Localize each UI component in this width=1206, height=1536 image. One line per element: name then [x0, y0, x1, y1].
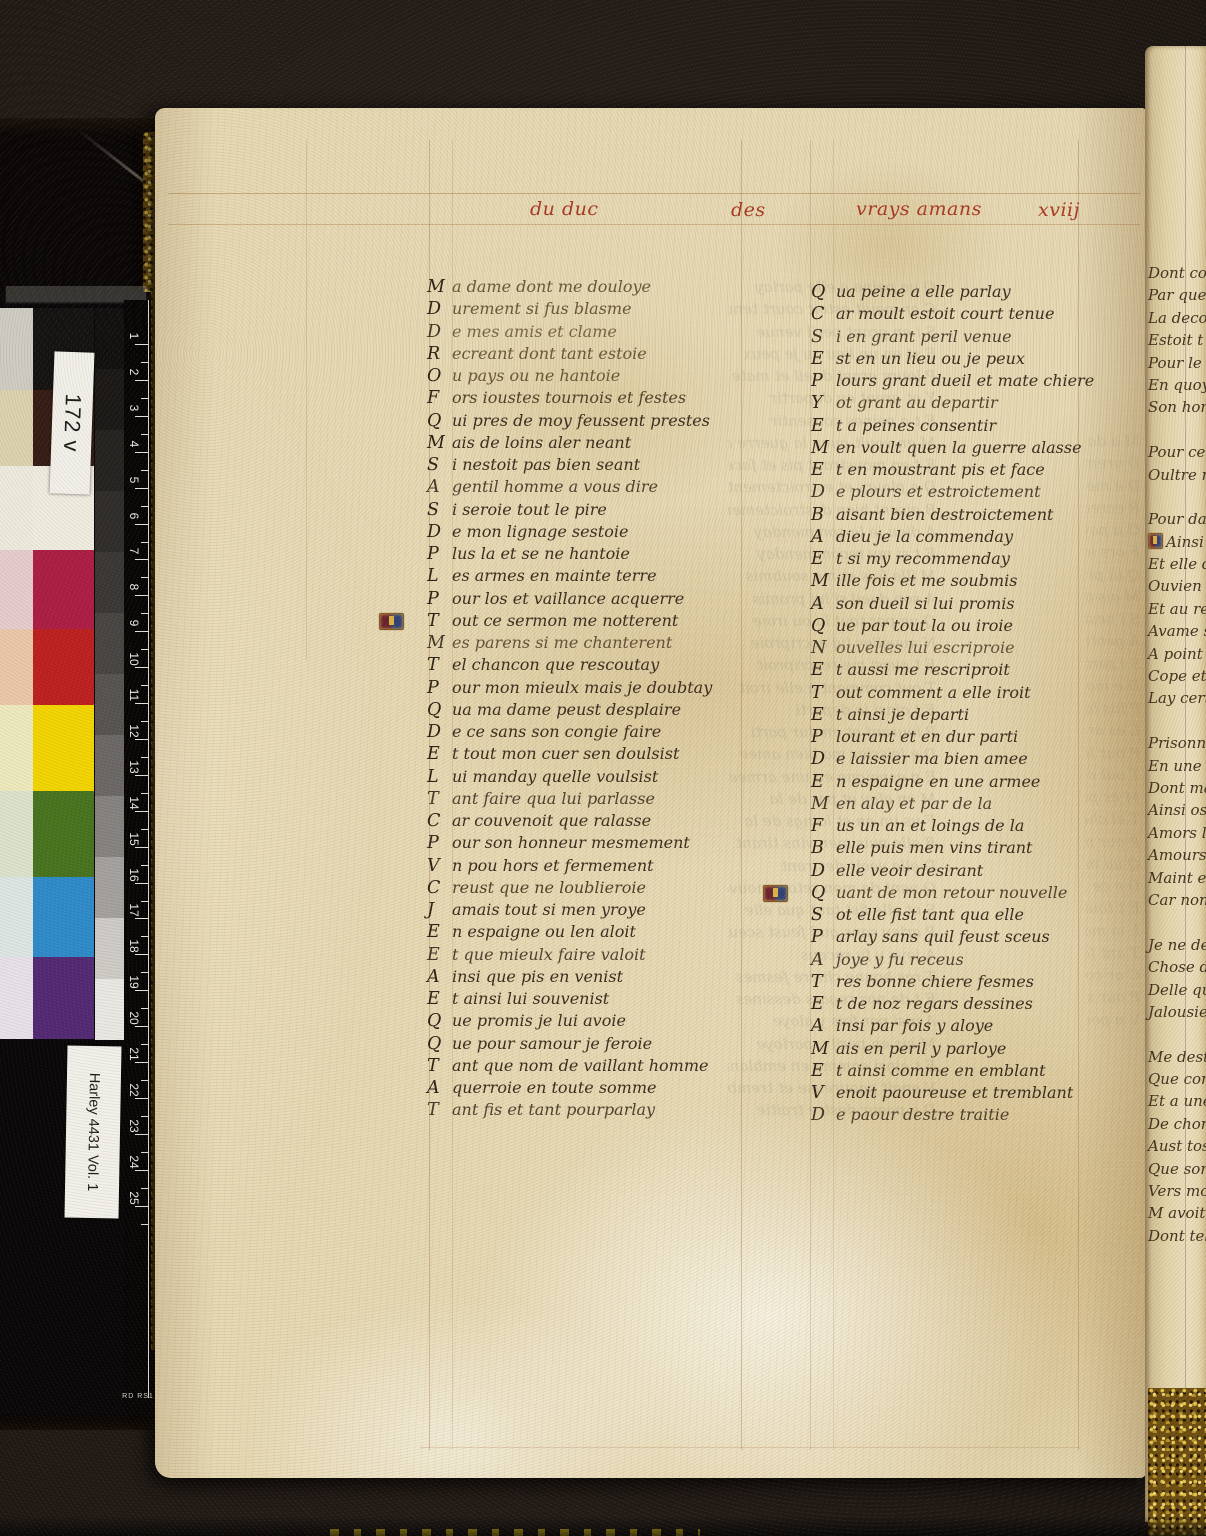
- verse-line: Aquerroie en toute somme: [427, 1077, 712, 1099]
- verse-line: Qua peine a elle parlay: [811, 281, 1094, 303]
- versal-letter: E: [811, 459, 836, 481]
- versal-letter: N: [811, 637, 836, 659]
- fragment-text: Et au re: [1148, 600, 1206, 618]
- verse-text: ot elle fist tant qua elle: [836, 904, 1024, 926]
- grayscale-step: [95, 491, 124, 552]
- next-folio-text-fragment: Ainsi m: [1148, 531, 1206, 553]
- next-folio-text-fragment: Car non ce: [1148, 889, 1206, 911]
- verse-line: Tel chancon que rescoutay: [427, 654, 712, 676]
- fragment-text: Que son cu: [1148, 1160, 1206, 1178]
- next-folio-text-fragment: Par que: [1148, 284, 1206, 306]
- verse-text: lus la et se ne hantoie: [452, 543, 630, 565]
- verse-text: n espaigne ou len aloit: [452, 921, 636, 943]
- verse-line: Que promis je lui avoie: [427, 1010, 712, 1032]
- color-swatch-row: [0, 791, 94, 877]
- versal-letter: A: [427, 966, 452, 988]
- next-folio-text-fragment: Chose dom: [1148, 956, 1206, 978]
- ruler-number: 25: [127, 1189, 141, 1207]
- ruler-tick: [141, 757, 148, 758]
- versal-letter: D: [811, 748, 836, 770]
- next-folio-text-fragment: Je ne dess: [1148, 934, 1206, 956]
- verse-line: Yot grant au departir: [811, 392, 1094, 414]
- ruler-tick: [141, 434, 148, 435]
- versal-letter: A: [811, 949, 836, 971]
- verse-line: Creust que ne loublieroie: [427, 877, 712, 899]
- verse-text: uant de mon retour nouvelle: [836, 882, 1067, 904]
- verse-text: elle veoir desirant: [836, 860, 983, 882]
- ruling-line: [168, 224, 1140, 225]
- verse-text: arlay sans quil feust sceus: [836, 926, 1050, 948]
- verse-text: es armes en mainte terre: [452, 565, 657, 587]
- versal-letter: A: [427, 1077, 452, 1099]
- next-folio-text-fragment: Jalousie q: [1148, 1001, 1206, 1023]
- versal-letter: T: [811, 971, 836, 993]
- verse-line: Nouvelles lui escriproie: [811, 637, 1094, 659]
- fragment-text: Lay cert: [1148, 689, 1206, 707]
- verse-line: Lui manday quelle voulsist: [427, 766, 712, 788]
- verse-text: ua ma dame peust desplaire: [452, 699, 681, 721]
- verse-line: Belle puis men vins tirant: [811, 837, 1094, 859]
- color-swatch-pale: [0, 877, 33, 957]
- verse-text: lours grant dueil et mate chiere: [836, 370, 1094, 392]
- fragment-text: Pour ce: [1148, 443, 1205, 461]
- ruler-tick: [141, 506, 148, 507]
- next-folio-text-fragment: Ainsi os d: [1148, 799, 1206, 821]
- fragment-text: Cope et p: [1148, 667, 1206, 685]
- grayscale-step: [95, 369, 124, 430]
- versal-letter: M: [811, 570, 836, 592]
- verse-line: En espaigne ou len aloit: [427, 921, 712, 943]
- versal-letter: E: [811, 348, 836, 370]
- versal-letter: J: [427, 899, 452, 921]
- fragment-text: Prisonnie: [1148, 734, 1206, 752]
- verse-column-right: Qua peine a elle parlayCar moult estoit …: [811, 281, 1094, 1127]
- verse-text: ais de loins aler neant: [452, 432, 631, 454]
- ruler-number: 4: [127, 435, 141, 453]
- next-folio-text-fragment: En une d: [1148, 755, 1206, 777]
- verse-line: De mes amis et clame: [427, 321, 712, 343]
- next-folio-text-fragment: De chors et: [1148, 1113, 1206, 1135]
- verse-text: ui manday quelle voulsist: [452, 766, 658, 788]
- verse-text: ant faire qua lui parlasse: [452, 788, 655, 810]
- color-swatch-pale: [0, 390, 33, 466]
- verse-line: Qui pres de moy feussent prestes: [427, 410, 712, 432]
- grayscale-step: [95, 979, 124, 1040]
- verse-text: es parens si me chanterent: [452, 632, 672, 654]
- versal-letter: M: [811, 793, 836, 815]
- verse-text: elle puis men vins tirant: [836, 837, 1032, 859]
- verse-line: Et ainsi je departi: [811, 704, 1094, 726]
- ruler-number: 6: [127, 507, 141, 525]
- verse-line: Pour mon mieulx mais je doubtay: [427, 677, 712, 699]
- verse-line: Pour los et vaillance acquerre: [427, 588, 712, 610]
- color-swatch-row: [0, 957, 94, 1039]
- fragment-text: Dont tel: [1148, 1227, 1206, 1245]
- versal-letter: V: [427, 855, 452, 877]
- versal-letter: C: [427, 877, 452, 899]
- verse-text: t aussi me rescriproit: [836, 659, 1010, 681]
- verse-text: ue pour samour je feroie: [452, 1033, 652, 1055]
- shadow: [0, 1516, 1206, 1536]
- versal-letter: E: [811, 993, 836, 1015]
- verse-line: De laissier ma bien amee: [811, 748, 1094, 770]
- gilt-edge-bottom: [1148, 1388, 1206, 1536]
- verse-line: Mes parens si me chanterent: [427, 632, 712, 654]
- versal-letter: T: [427, 610, 452, 632]
- verse-text: t en moustrant pis et face: [836, 459, 1045, 481]
- color-swatch-pale: [0, 705, 33, 791]
- versal-letter: B: [811, 504, 836, 526]
- verse-text: ue par tout la ou iroie: [836, 615, 1013, 637]
- verse-line: Car couvenoit que ralasse: [427, 810, 712, 832]
- versal-letter: Y: [811, 392, 836, 414]
- verse-line: Si en grant peril venue: [811, 326, 1094, 348]
- fragment-text: Aust tost: [1148, 1137, 1206, 1155]
- fragment-text: Amors le: [1148, 824, 1206, 842]
- verse-text: ua peine a elle parlay: [836, 281, 1011, 303]
- color-swatch-row: [0, 550, 94, 629]
- verse-line: Agentil homme a vous dire: [427, 476, 712, 498]
- versal-letter: E: [427, 743, 452, 765]
- verse-text: n espaigne en une armee: [836, 771, 1040, 793]
- verse-line: Et ainsi lui souvenist: [427, 988, 712, 1010]
- next-folio-text-fragment: Dont tel: [1148, 1225, 1206, 1247]
- next-folio-text-fragment: Son hom: [1148, 396, 1206, 418]
- ruler-number: 1: [127, 327, 141, 345]
- fragment-text: Pour le: [1148, 354, 1202, 372]
- fragment-text: Oultre r: [1148, 466, 1206, 484]
- next-folio-text-fragment: A point q: [1148, 643, 1206, 665]
- ruler-number: 2: [127, 363, 141, 381]
- verse-text: t ainsi comme en emblant: [836, 1060, 1046, 1082]
- fragment-text: Dont co: [1148, 264, 1206, 282]
- next-folio-text-fragment: [1148, 911, 1206, 933]
- verse-text: ais en peril y parloye: [836, 1038, 1006, 1060]
- verse-text: dieu je la commenday: [836, 526, 1013, 548]
- verse-text: t si my recommenday: [836, 548, 1010, 570]
- color-swatch-pale: [0, 629, 33, 705]
- next-folio-text-fragment: [1148, 419, 1206, 441]
- verse-line: Plours grant dueil et mate chiere: [811, 370, 1094, 392]
- ruler-tick: [141, 1008, 148, 1009]
- verse-line: Adieu je la commenday: [811, 526, 1094, 548]
- ruler-tick: [141, 793, 148, 794]
- next-folio-text-fragment: M avoit de: [1148, 1202, 1206, 1224]
- grayscale-step: [95, 430, 124, 491]
- versal-letter: E: [427, 921, 452, 943]
- next-folio-text-fragment: Vers moy: [1148, 1180, 1206, 1202]
- verse-text: gentil homme a vous dire: [452, 476, 658, 498]
- next-folio-text-fragment: La decop: [1148, 307, 1206, 329]
- ruler-tick: [141, 936, 148, 937]
- verse-line: Venoit paoureuse et tremblant: [811, 1082, 1094, 1104]
- verse-text: a dame dont me douloye: [452, 276, 651, 298]
- next-folio-text-fragment: Amors le: [1148, 822, 1206, 844]
- verse-line: De paour destre traitie: [811, 1104, 1094, 1126]
- verse-line: Est en un lieu ou je peux: [811, 348, 1094, 370]
- next-folio-text-fragment: Me destrem: [1148, 1046, 1206, 1068]
- next-folio-edge: Dont coPar queLa decopEstoit tPour leEn …: [1145, 46, 1206, 1522]
- verse-line: Qua ma dame peust desplaire: [427, 699, 712, 721]
- ruler-number: 20: [127, 1009, 141, 1027]
- verse-line: Car moult estoit court tenue: [811, 303, 1094, 325]
- ruler-tick: [141, 1044, 148, 1045]
- versal-letter: C: [811, 303, 836, 325]
- verse-text: i nestoit pas bien seant: [452, 454, 640, 476]
- ruler-tick: [141, 613, 148, 614]
- verse-line: De plours et estroictement: [811, 481, 1094, 503]
- versal-letter: Q: [811, 281, 836, 303]
- next-folio-text: Dont coPar queLa decopEstoit tPour leEn …: [1148, 262, 1206, 1247]
- versal-letter: Q: [811, 615, 836, 637]
- ruler-number: 16: [127, 866, 141, 884]
- versal-letter: E: [811, 659, 836, 681]
- fragment-text: Maint et n: [1148, 869, 1206, 887]
- verse-text: lourant et en dur parti: [836, 726, 1018, 748]
- verse-text: our son honneur mesmement: [452, 832, 690, 854]
- fragment-text: Pour da: [1148, 510, 1206, 528]
- verse-line: Mais de loins aler neant: [427, 432, 712, 454]
- next-folio-text-fragment: Maint et n: [1148, 867, 1206, 889]
- next-folio-text-fragment: Aust tost: [1148, 1135, 1206, 1157]
- versal-letter: A: [811, 593, 836, 615]
- verse-text: reust que ne loublieroie: [452, 877, 646, 899]
- versal-letter: L: [427, 766, 452, 788]
- verse-text: e plours et estroictement: [836, 481, 1041, 503]
- versal-letter: E: [811, 1060, 836, 1082]
- ruler-footer-label: RD RS1: [108, 1393, 168, 1400]
- verse-text: ar moult estoit court tenue: [836, 303, 1054, 325]
- verse-text: joye y fu receus: [836, 949, 964, 971]
- verse-line: Si nestoit pas bien seant: [427, 454, 712, 476]
- verse-text: t que mieulx faire valoit: [452, 944, 646, 966]
- versal-letter: M: [811, 437, 836, 459]
- verse-text: t ainsi je departi: [836, 704, 969, 726]
- versal-letter: P: [427, 588, 452, 610]
- color-swatch-pale: [0, 957, 33, 1039]
- next-folio-text-fragment: Dont co: [1148, 262, 1206, 284]
- verse-line: Fors ioustes tournois et festes: [427, 387, 712, 409]
- verse-line: Tant faire qua lui parlasse: [427, 788, 712, 810]
- grayscale-step: [95, 552, 124, 613]
- verse-text: ue promis je lui avoie: [452, 1010, 626, 1032]
- versal-letter: D: [427, 721, 452, 743]
- versal-letter: F: [811, 815, 836, 837]
- ruler-tick: [141, 470, 148, 471]
- verse-text: us un an et loings de la: [836, 815, 1024, 837]
- color-swatch: [33, 877, 94, 957]
- verse-line: Parlay sans quil feust sceus: [811, 926, 1094, 948]
- versal-letter: E: [811, 415, 836, 437]
- next-folio-text-fragment: [1148, 710, 1206, 732]
- verse-text: ot grant au departir: [836, 392, 998, 414]
- versal-letter: E: [811, 548, 836, 570]
- fragment-text: M avoit de: [1148, 1204, 1206, 1222]
- color-swatch-pale: [0, 308, 33, 390]
- ruler-tick: [141, 685, 148, 686]
- fragment-text: De chors et: [1148, 1115, 1206, 1133]
- fragment-text: Chose dom: [1148, 958, 1206, 976]
- versal-letter: E: [811, 704, 836, 726]
- ruler-tick: [141, 577, 148, 578]
- verse-line: Que pour samour je feroie: [427, 1033, 712, 1055]
- grayscale-wedge: [95, 308, 124, 1040]
- ruler-number: 7: [127, 542, 141, 560]
- fragment-text: Et a une fo: [1148, 1092, 1206, 1110]
- verse-text: u pays ou ne hantoie: [452, 365, 620, 387]
- verse-text: aisant bien destroictement: [836, 504, 1053, 526]
- ruler-number: 5: [127, 471, 141, 489]
- versal-letter: C: [427, 810, 452, 832]
- versal-letter: D: [427, 521, 452, 543]
- verse-text: t tout mon cuer sen doulsist: [452, 743, 679, 765]
- ruler-tick: [141, 901, 148, 902]
- versal-letter: A: [811, 1015, 836, 1037]
- verse-text: enoit paoureuse et tremblant: [836, 1082, 1073, 1104]
- next-folio-text-fragment: Cope et p: [1148, 665, 1206, 687]
- versal-letter: E: [427, 988, 452, 1010]
- versal-letter: T: [427, 654, 452, 676]
- shelfmark-label: Harley 4431 Vol. 1: [65, 1046, 122, 1219]
- grayscale-step: [95, 796, 124, 857]
- fragment-text: Je ne dess: [1148, 936, 1206, 954]
- verse-line: Sot elle fist tant qua elle: [811, 904, 1094, 926]
- next-folio-text-fragment: Amours n: [1148, 844, 1206, 866]
- grayscale-step: [95, 613, 124, 674]
- versal-letter: M: [427, 276, 452, 298]
- grayscale-step: [95, 674, 124, 735]
- verse-text: e ce sans son congie faire: [452, 721, 661, 743]
- verse-line: Men voult quen la guerre alasse: [811, 437, 1094, 459]
- versal-letter: Q: [427, 1033, 452, 1055]
- verse-line: Que par tout la ou iroie: [811, 615, 1094, 637]
- versal-letter: D: [811, 860, 836, 882]
- verse-line: Tout comment a elle iroit: [811, 682, 1094, 704]
- verse-line: Delle veoir desirant: [811, 860, 1094, 882]
- verse-column-left: Ma dame dont me douloyeDurement si fus b…: [427, 276, 712, 1122]
- running-title-part: des: [731, 199, 766, 221]
- ruler-tick: [141, 721, 148, 722]
- verse-line: Jamais tout si men yroye: [427, 899, 712, 921]
- versal-letter: M: [427, 432, 452, 454]
- versal-letter: O: [427, 365, 452, 387]
- versal-letter: S: [811, 326, 836, 348]
- verse-line: De ce sans son congie faire: [427, 721, 712, 743]
- versal-letter: T: [427, 1055, 452, 1077]
- verse-line: Baisant bien destroictement: [811, 504, 1094, 526]
- verse-line: Ainsi par fois y aloye: [811, 1015, 1094, 1037]
- versal-letter: S: [427, 499, 452, 521]
- verse-line: Mille fois et me soubmis: [811, 570, 1094, 592]
- verse-line: Ajoye y fu receus: [811, 949, 1094, 971]
- versal-letter: P: [811, 726, 836, 748]
- versal-letter: B: [811, 837, 836, 859]
- verse-text: insi par fois y aloye: [836, 1015, 993, 1037]
- fragment-text: Amours n: [1148, 846, 1206, 864]
- versal-letter: Q: [811, 882, 836, 904]
- fragment-text: Ainsi m: [1166, 533, 1206, 551]
- next-folio-text-fragment: Et a une fo: [1148, 1090, 1206, 1112]
- versal-letter: Q: [427, 699, 452, 721]
- next-folio-text-fragment: Pour ce: [1148, 441, 1206, 463]
- verse-line: De mon lignage sestoie: [427, 521, 712, 543]
- fragment-text: Delle que: [1148, 981, 1206, 999]
- next-folio-text-fragment: Que son cu: [1148, 1158, 1206, 1180]
- fragment-text: A point q: [1148, 645, 1206, 663]
- verse-text: ui pres de moy feussent prestes: [452, 410, 710, 432]
- versal-letter: P: [811, 926, 836, 948]
- illuminated-initial: [1148, 533, 1163, 549]
- versal-letter: L: [427, 565, 452, 587]
- ruler-number: 22: [127, 1081, 141, 1099]
- fragment-text: Car non ce: [1148, 891, 1206, 909]
- verse-text: our los et vaillance acquerre: [452, 588, 684, 610]
- verse-line: Et que mieulx faire valoit: [427, 944, 712, 966]
- next-folio-text-fragment: Oultre r: [1148, 464, 1206, 486]
- verse-text: urement si fus blasme: [452, 298, 632, 320]
- versal-letter: M: [811, 1038, 836, 1060]
- fragment-text: En quoy: [1148, 376, 1206, 394]
- verse-text: st en un lieu ou je peux: [836, 348, 1025, 370]
- verse-text: e mes amis et clame: [452, 321, 617, 343]
- next-folio-text-fragment: [1148, 1023, 1206, 1045]
- verse-text: e paour destre traitie: [836, 1104, 1009, 1126]
- next-folio-text-fragment: Delle que: [1148, 979, 1206, 1001]
- ruler-tick: [141, 865, 148, 866]
- verse-text: en voult quen la guerre alasse: [836, 437, 1082, 459]
- versal-letter: E: [811, 771, 836, 793]
- verse-line: Et a peines consentir: [811, 415, 1094, 437]
- ruler-number: 24: [127, 1153, 141, 1171]
- grayscale-step: [95, 735, 124, 796]
- fragment-text: Et elle di: [1148, 555, 1206, 573]
- versal-letter: M: [427, 632, 452, 654]
- next-folio-text-fragment: Pour da: [1148, 508, 1206, 530]
- verse-text: ouvelles lui escriproie: [836, 637, 1015, 659]
- ruler-number: 19: [127, 973, 141, 991]
- ruler-tick: [141, 362, 148, 363]
- next-folio-text-fragment: En quoy: [1148, 374, 1206, 396]
- verse-text: e laissier ma bien amee: [836, 748, 1028, 770]
- next-folio-text-fragment: Estoit t: [1148, 329, 1206, 351]
- ruler-tick: [141, 398, 148, 399]
- verse-line: Plourant et en dur parti: [811, 726, 1094, 748]
- ruler-number: 10: [127, 650, 141, 668]
- verse-text: ar couvenoit que ralasse: [452, 810, 651, 832]
- verse-text: e mon lignage sestoie: [452, 521, 628, 543]
- ruler-number: 9: [127, 614, 141, 632]
- next-folio-text-fragment: Lay cert: [1148, 687, 1206, 709]
- versal-letter: A: [811, 526, 836, 548]
- color-swatch: [33, 705, 94, 791]
- verse-text: our mon mieulx mais je doubtay: [452, 677, 712, 699]
- fragment-text: Me destrem: [1148, 1048, 1206, 1066]
- verse-line: Et si my recommenday: [811, 548, 1094, 570]
- verse-line: Si seroie tout le pire: [427, 499, 712, 521]
- ruler-tick: [141, 972, 148, 973]
- verse-line: Et ainsi comme en emblant: [811, 1060, 1094, 1082]
- ruler-number: 8: [127, 578, 141, 596]
- versal-letter: S: [811, 904, 836, 926]
- verse-line: Tres bonne chiere fesmes: [811, 971, 1094, 993]
- verse-text: ant fis et tant pourparlay: [452, 1099, 655, 1121]
- verse-text: amais tout si men yroye: [452, 899, 646, 921]
- versal-letter: Q: [427, 1010, 452, 1032]
- ruler-number: 18: [127, 937, 141, 955]
- ruler-tick: [141, 1152, 148, 1153]
- versal-letter: Q: [427, 410, 452, 432]
- verse-line: Tant que nom de vaillant homme: [427, 1055, 712, 1077]
